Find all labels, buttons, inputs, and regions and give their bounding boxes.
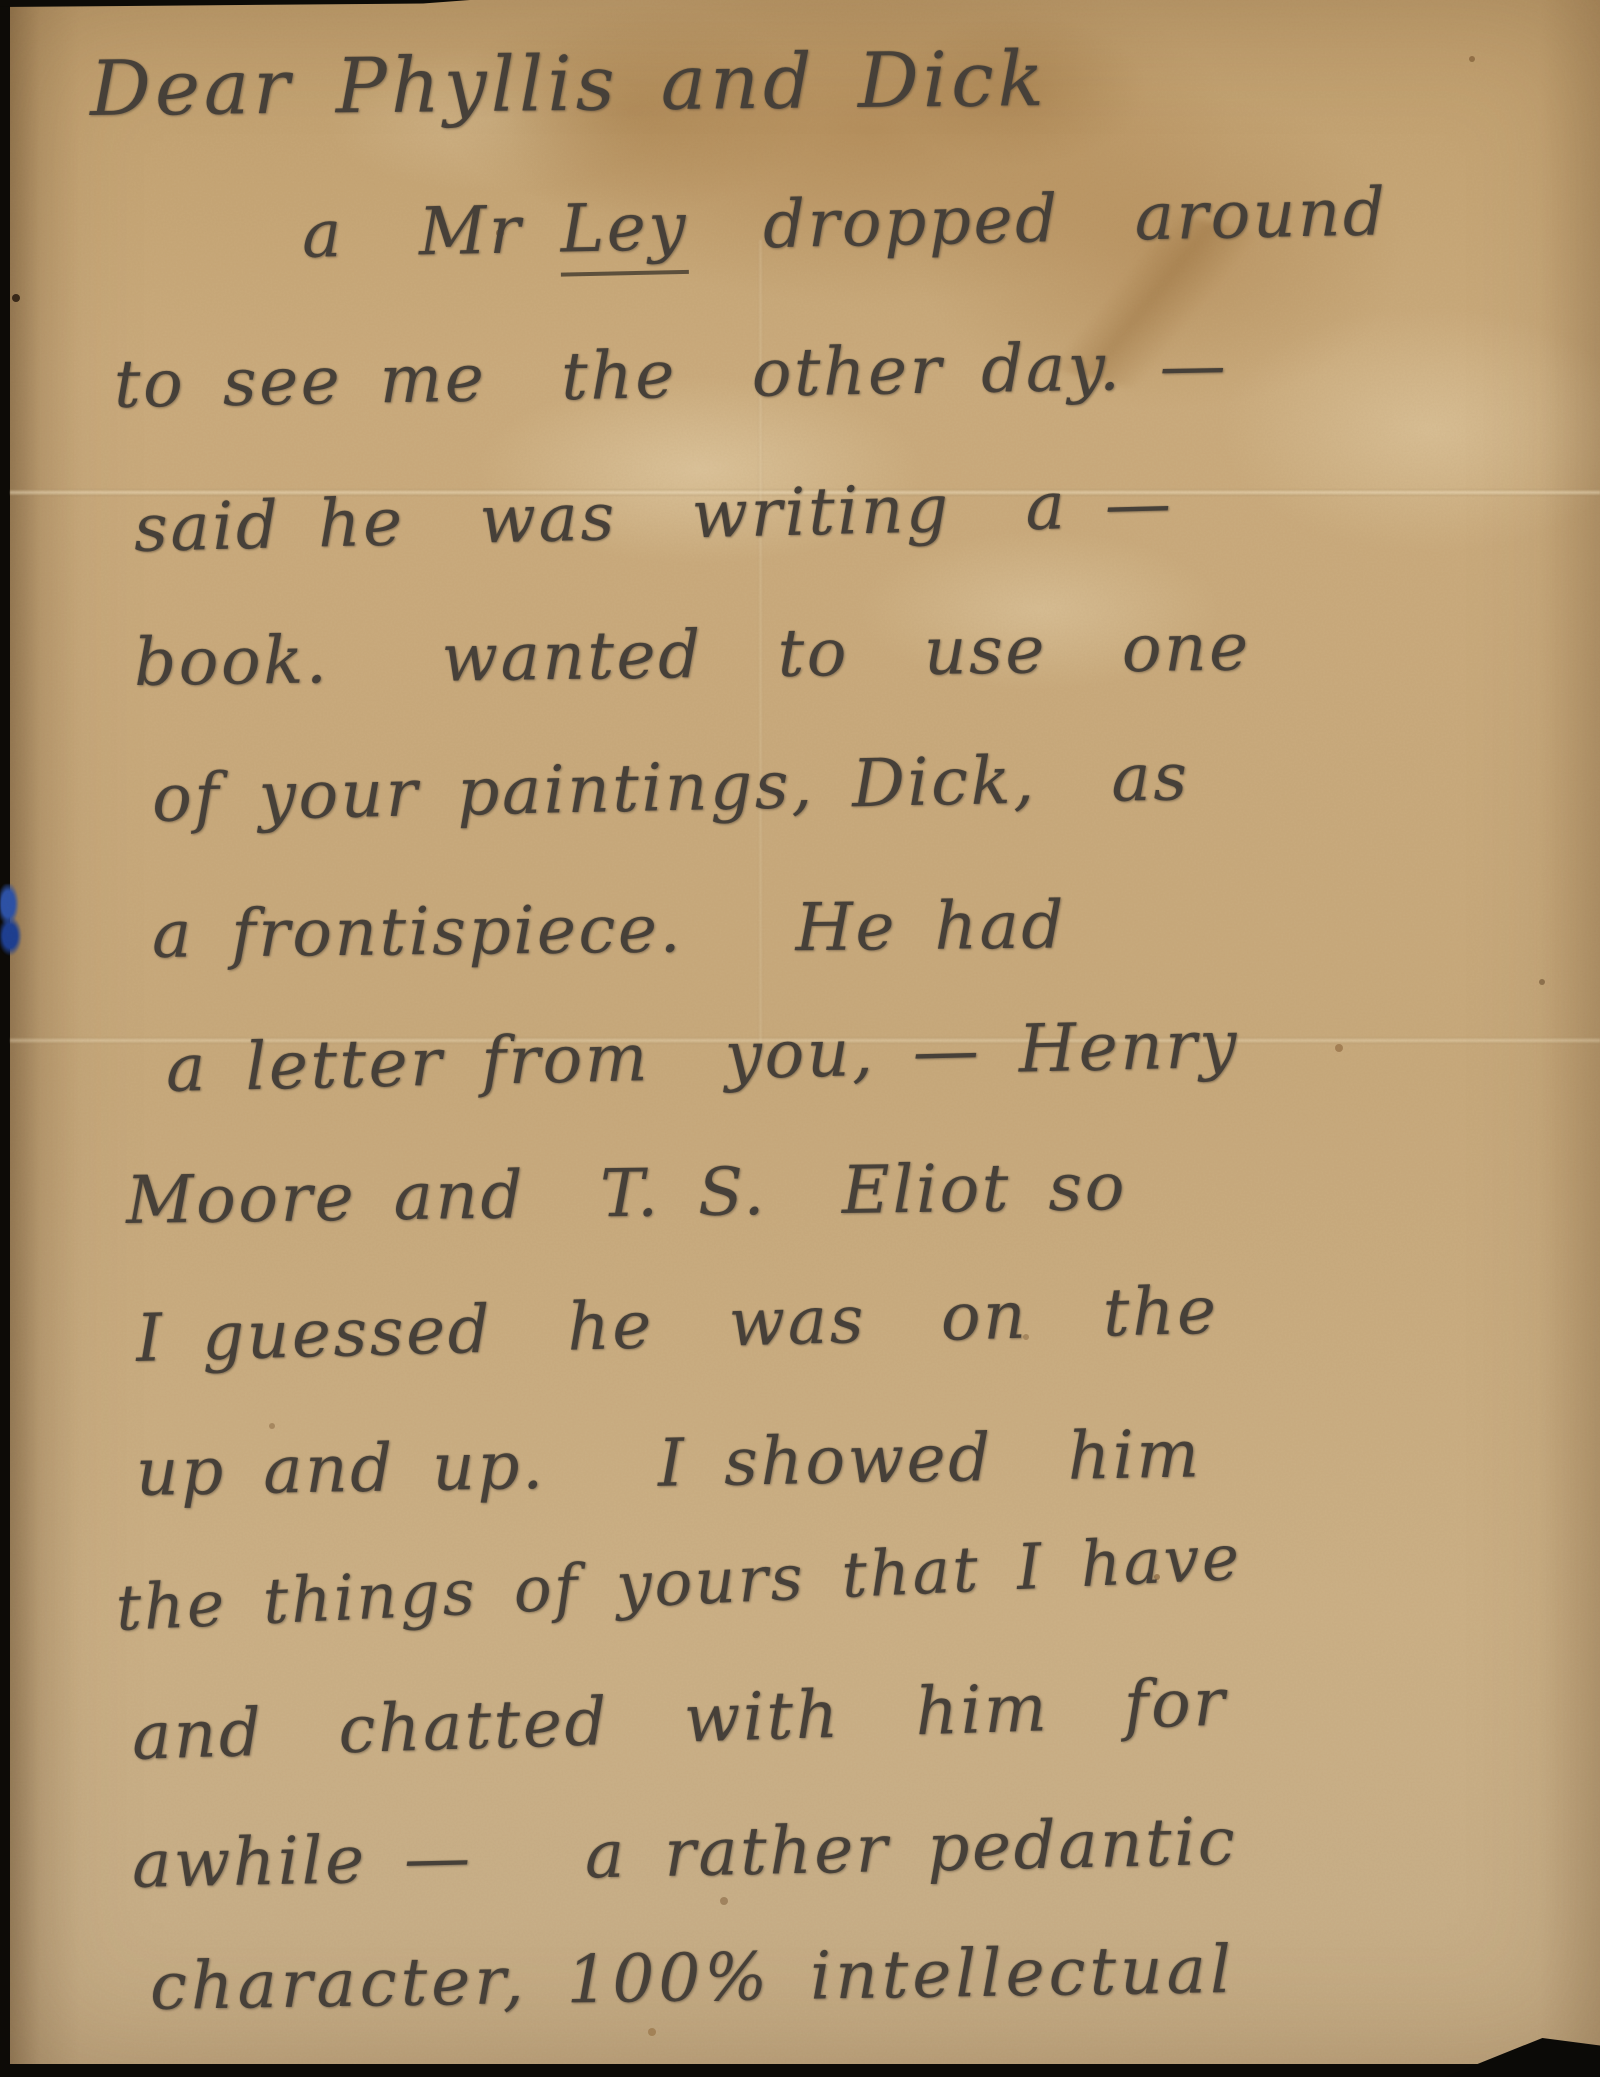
letter-line-4: said he was writing a — — [133, 465, 1174, 567]
letter-line-5: book. wanted to use one — [133, 608, 1251, 701]
paper-sheet: Dear Phyllis and Dick a Mr Ley dropped a… — [10, 0, 1600, 2064]
letter-line-2: a Mr Ley dropped around — [301, 173, 1388, 273]
letter-line-13: and chatted with him for — [131, 1664, 1229, 1775]
letter-line-3: to see me the other day. — — [113, 327, 1228, 423]
letter-line-15: character, 100% intellectual — [149, 1931, 1235, 2025]
letter-line-8: a letter from you, — Henry — [165, 1006, 1240, 1107]
letter-line-11: up and up. I showed him — [135, 1415, 1202, 1511]
letter-line-9: Moore and T. S. Eliot so — [125, 1148, 1127, 1239]
letter-line-salutation: Dear Phyllis and Dick — [90, 34, 1049, 133]
letter-line-10: I guessed he was on the — [135, 1272, 1220, 1377]
letter-line-14: awhile — a rather pedantic — [131, 1803, 1238, 1903]
letter-line-12: the things of yours that I have — [114, 1521, 1243, 1645]
letter-line-7: a frontispiece. He had — [152, 886, 1067, 973]
underlined-word: Ley — [560, 188, 689, 277]
line-2-post: dropped around — [687, 173, 1388, 265]
letter-body: Dear Phyllis and Dick a Mr Ley dropped a… — [10, 0, 1600, 2064]
blue-ink-blot — [0, 884, 22, 956]
letter-line-6: of your paintings, Dick, as — [151, 738, 1190, 837]
letter-scan: Dear Phyllis and Dick a Mr Ley dropped a… — [0, 0, 1600, 2077]
line-2-pre: a Mr — [301, 191, 561, 273]
